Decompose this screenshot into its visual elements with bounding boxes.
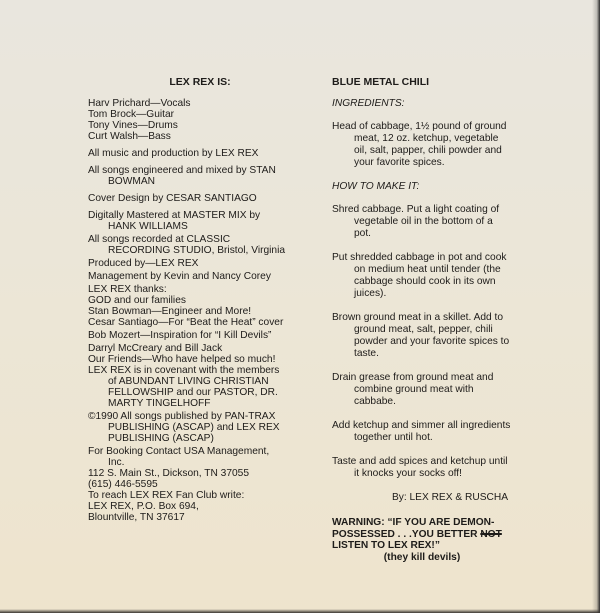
fan-club-line: To reach LEX REX Fan Club write:: [88, 490, 288, 501]
address-line: 112 S. Main St., Dickson, TN 37055: [88, 468, 288, 479]
copyright-line: ©1990 All songs published by PAN-TRAX PU…: [88, 411, 288, 444]
fan-club-address-line: LEX REX, P.O. Box 694,: [88, 501, 288, 512]
ingredients-text: Head of cabbage, 1½ pound of ground meat…: [332, 121, 512, 169]
thanks-line: Stan Bowman—Engineer and More!: [88, 306, 288, 317]
phone-line: (615) 446-5595: [88, 479, 288, 490]
credits-column: LEX REX IS: Harv Prichard—Vocals Tom Bro…: [88, 76, 288, 523]
ingredients-label: INGREDIENTS:: [332, 98, 512, 109]
page-edge-shadow: [592, 0, 600, 613]
thanks-line: Darryl McCreary and Bill Jack: [88, 343, 288, 354]
fan-club-city-line: Blountville, TN 37617: [88, 512, 288, 523]
recipe-step: Drain grease from ground meat and combin…: [332, 372, 512, 408]
struck-word: NOT: [480, 529, 502, 540]
thanks-heading: LEX REX thanks:: [88, 284, 288, 295]
bleed-through-text: [40, 20, 42, 27]
recipe-step: Put shredded cabbage in pot and cook on …: [332, 252, 512, 300]
member-line: Harv Prichard—Vocals: [88, 98, 288, 109]
recipe-step: Shred cabbage. Put a light coating of ve…: [332, 204, 512, 240]
thanks-line: GOD and our families: [88, 295, 288, 306]
credit-line: All songs engineered and mixed by STAN B…: [88, 165, 288, 187]
page-bottom-shadow: [0, 609, 600, 613]
member-line: Tom Brock—Guitar: [88, 109, 288, 120]
member-line: Curt Walsh—Bass: [88, 131, 288, 142]
recipe-column: BLUE METAL CHILI INGREDIENTS: Head of ca…: [332, 76, 512, 563]
recipe-step: Add ketchup and simmer all ingredients t…: [332, 420, 512, 444]
credit-line: Management by Kevin and Nancy Corey: [88, 271, 288, 282]
credit-line: All songs recorded at CLASSIC RECORDING …: [88, 234, 288, 256]
thanks-line: Our Friends—Who have helped so much!: [88, 354, 288, 365]
credit-line: Digitally Mastered at MASTER MIX by HANK…: [88, 210, 288, 232]
covenant-line: LEX REX is in covenant with the members …: [88, 365, 288, 409]
warning-part-1: WARNING: “IF YOU ARE DEMON-POSSESSED . .…: [332, 517, 494, 540]
tagline: (they kill devils): [332, 552, 512, 563]
band-heading: LEX REX IS:: [88, 76, 288, 88]
method-label: HOW TO MAKE IT:: [332, 181, 512, 192]
credit-line: Cover Design by CESAR SANTIAGO: [88, 193, 288, 204]
recipe-title: BLUE METAL CHILI: [332, 76, 512, 88]
credit-line: All music and production by LEX REX: [88, 148, 288, 159]
member-line: Tony Vines—Drums: [88, 120, 288, 131]
credit-line: Produced by—LEX REX: [88, 258, 288, 269]
thanks-line: Bob Mozert—Inspiration for “I Kill Devil…: [88, 330, 288, 341]
recipe-step: Brown ground meat in a skillet. Add to g…: [332, 312, 512, 360]
booking-line: For Booking Contact USA Management, Inc.: [88, 446, 288, 468]
warning-text: WARNING: “IF YOU ARE DEMON-POSSESSED . .…: [332, 517, 512, 552]
recipe-step: Taste and add spices and ketchup until i…: [332, 456, 512, 480]
warning-part-2: LISTEN TO LEX REX!”: [332, 540, 440, 551]
thanks-line: Cesar Santiago—For “Beat the Heat” cover: [88, 317, 288, 328]
recipe-byline: By: LEX REX & RUSCHA: [332, 492, 512, 503]
